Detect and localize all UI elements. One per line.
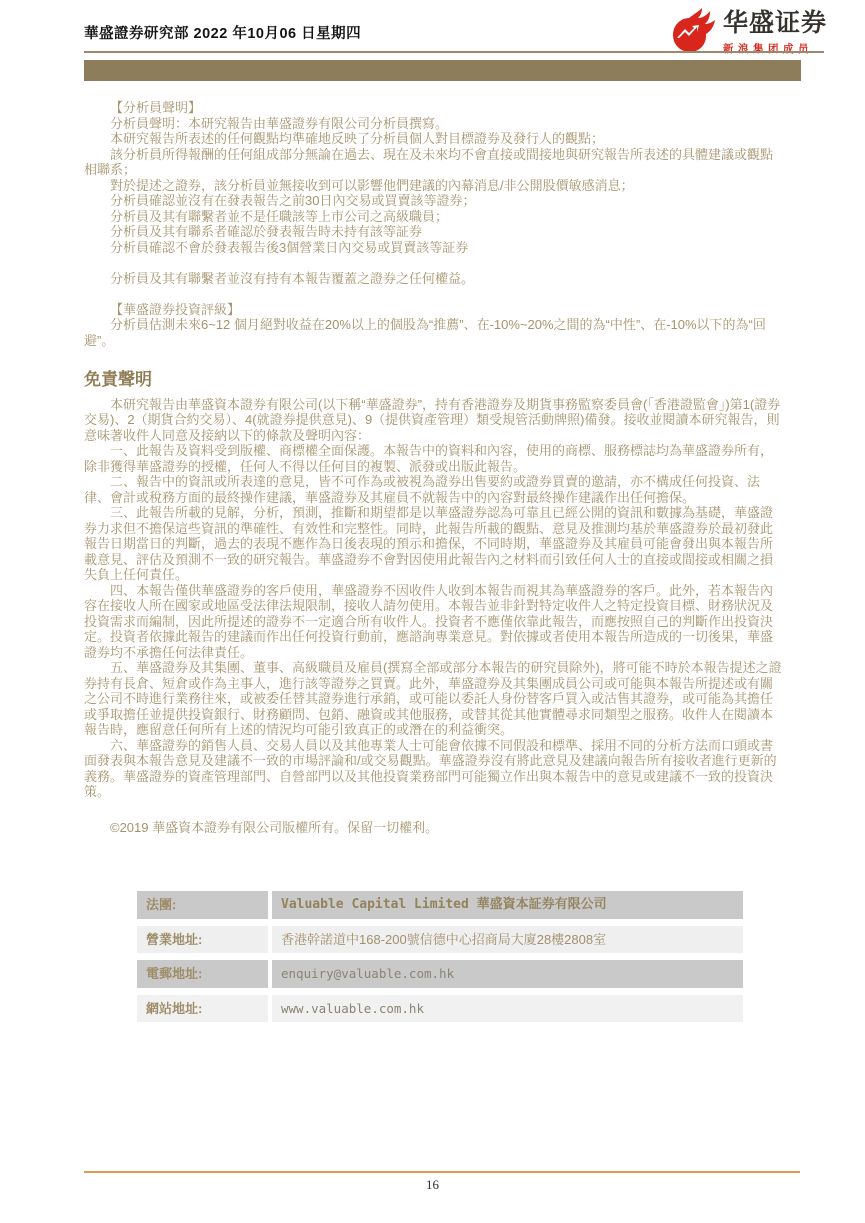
- info-label-cell: 營業地址:: [137, 926, 268, 954]
- page-number: 16: [0, 1177, 865, 1193]
- research-report-page: 華盛證券研究部 2022 年10月06 日星期四 华盛证券 新浪集团成员 【分析…: [0, 0, 865, 1223]
- rating-definition-line: 分析員估測未來6~12 個月絕對收益在20%以上的個股為“推薦”、在-10%~2…: [84, 317, 784, 348]
- copyright-line: ©2019 華盛資本證券有限公司版權所有。保留一切權利。: [84, 820, 784, 836]
- disclaimer-paragraph: 三、此報告所載的見解，分析，預測，推斷和期望都是以華盛證券認為可靠且已經公開的資…: [84, 505, 784, 583]
- analyst-declaration-line: 分析員及其有聯繫者並不是任職該等上市公司之高級職員；: [84, 209, 784, 225]
- disclaimer-heading: 免責聲明: [84, 372, 784, 388]
- analyst-declaration-title: 【分析員聲明】: [84, 100, 784, 116]
- gold-divider-bar: [84, 60, 801, 81]
- report-body: 【分析員聲明】 分析員聲明：本研究報告由華盛證券有限公司分析員撰寫。 本研究報告…: [84, 100, 784, 1029]
- analyst-holding-line: 分析員及其有聯繫者並沒有持有本報告覆蓋之證券之任何權益。: [84, 271, 784, 287]
- analyst-declaration-line: 分析員及其有聯系者確認於發表報告時未持有該等証券: [84, 224, 784, 240]
- info-value-cell: 香港幹諾道中168-200號信德中心招商局大廈28樓2808室: [272, 926, 743, 954]
- disclaimer-paragraph: 四、本報告僅供華盛證券的客戶使用，華盛證券不因收件人收到本報告而視其為華盛證券的…: [84, 583, 784, 661]
- info-value-cell-website: www.valuable.com.hk: [272, 995, 743, 1023]
- header-rule: [84, 51, 824, 53]
- info-label-cell: 電郵地址:: [137, 960, 268, 988]
- disclaimer-paragraph: 一、此報告及資料受到版權、商標權全面保護。本報告中的資料和內容，使用的商標、服務…: [84, 443, 784, 474]
- flame-eye-icon: [665, 8, 717, 56]
- footer-rule: [84, 1171, 800, 1173]
- info-value-cell-email: enquiry@valuable.com.hk: [272, 960, 743, 988]
- disclaimer-paragraph: 本研究報告由華盛資本證券有限公司(以下稱“華盛證券”，持有香港證券及期貨事務監察…: [84, 397, 784, 444]
- analyst-declaration-line: 分析員確認不會於發表報告後3個營業日內交易或買賣該等証券: [84, 240, 784, 256]
- table-row: 電郵地址: enquiry@valuable.com.hk: [137, 960, 743, 988]
- disclaimer-paragraph: 六、華盛證券的銷售人員、交易人員以及其他專業人士可能會依據不同假設和標準、採用不…: [84, 738, 784, 800]
- info-label-cell: 網站地址:: [137, 995, 268, 1023]
- table-row: 網站地址: www.valuable.com.hk: [137, 995, 743, 1023]
- analyst-declaration-line: 分析員確認並沒有在發表報告之前30日內交易或買賣該等證券；: [84, 193, 784, 209]
- analyst-declaration-line: 分析員聲明：本研究報告由華盛證券有限公司分析員撰寫。: [84, 116, 784, 132]
- info-label-cell: 法團:: [137, 891, 268, 919]
- table-row: 營業地址: 香港幹諾道中168-200號信德中心招商局大廈28樓2808室: [137, 926, 743, 954]
- report-dept-date: 華盛證券研究部 2022 年10月06 日星期四: [84, 22, 361, 43]
- table-row: 法團: Valuable Capital Limited 華盛資本証券有限公司: [137, 891, 743, 919]
- info-value-cell: Valuable Capital Limited 華盛資本証券有限公司: [272, 891, 743, 919]
- analyst-declaration-line: 本研究報告所表述的任何觀點均準確地反映了分析員個人對目標證券及發行人的觀點；: [84, 131, 784, 147]
- logo-subbrand-text: 新浪集团成员: [723, 41, 813, 56]
- disclaimer-paragraph: 二、報告中的資訊或所表達的意見，皆不可作為或被視為證券出售要約或證券買賣的邀請，…: [84, 474, 784, 505]
- rating-section-title: 【華盛證券投資評級】: [84, 302, 784, 318]
- logo-brand-text: 华盛证券: [723, 8, 827, 38]
- company-info-table: 法團: Valuable Capital Limited 華盛資本証券有限公司 …: [137, 891, 743, 1022]
- analyst-declaration-line: 該分析員所得報酬的任何組成部分無論在過去、現在及未來均不會直接或間接地與研究報告…: [84, 147, 784, 178]
- disclaimer-paragraph: 五、華盛證券及其集團、董事、高級職員及雇員(撰寫全部或部分本報告的研究員除外)，…: [84, 660, 784, 738]
- huasheng-logo: 华盛证券 新浪集团成员: [665, 8, 827, 56]
- analyst-declaration-line: 對於提述之證券，該分析員並無接收到可以影響他們建議的內幕消息/非公開股價敏感消息…: [84, 178, 784, 194]
